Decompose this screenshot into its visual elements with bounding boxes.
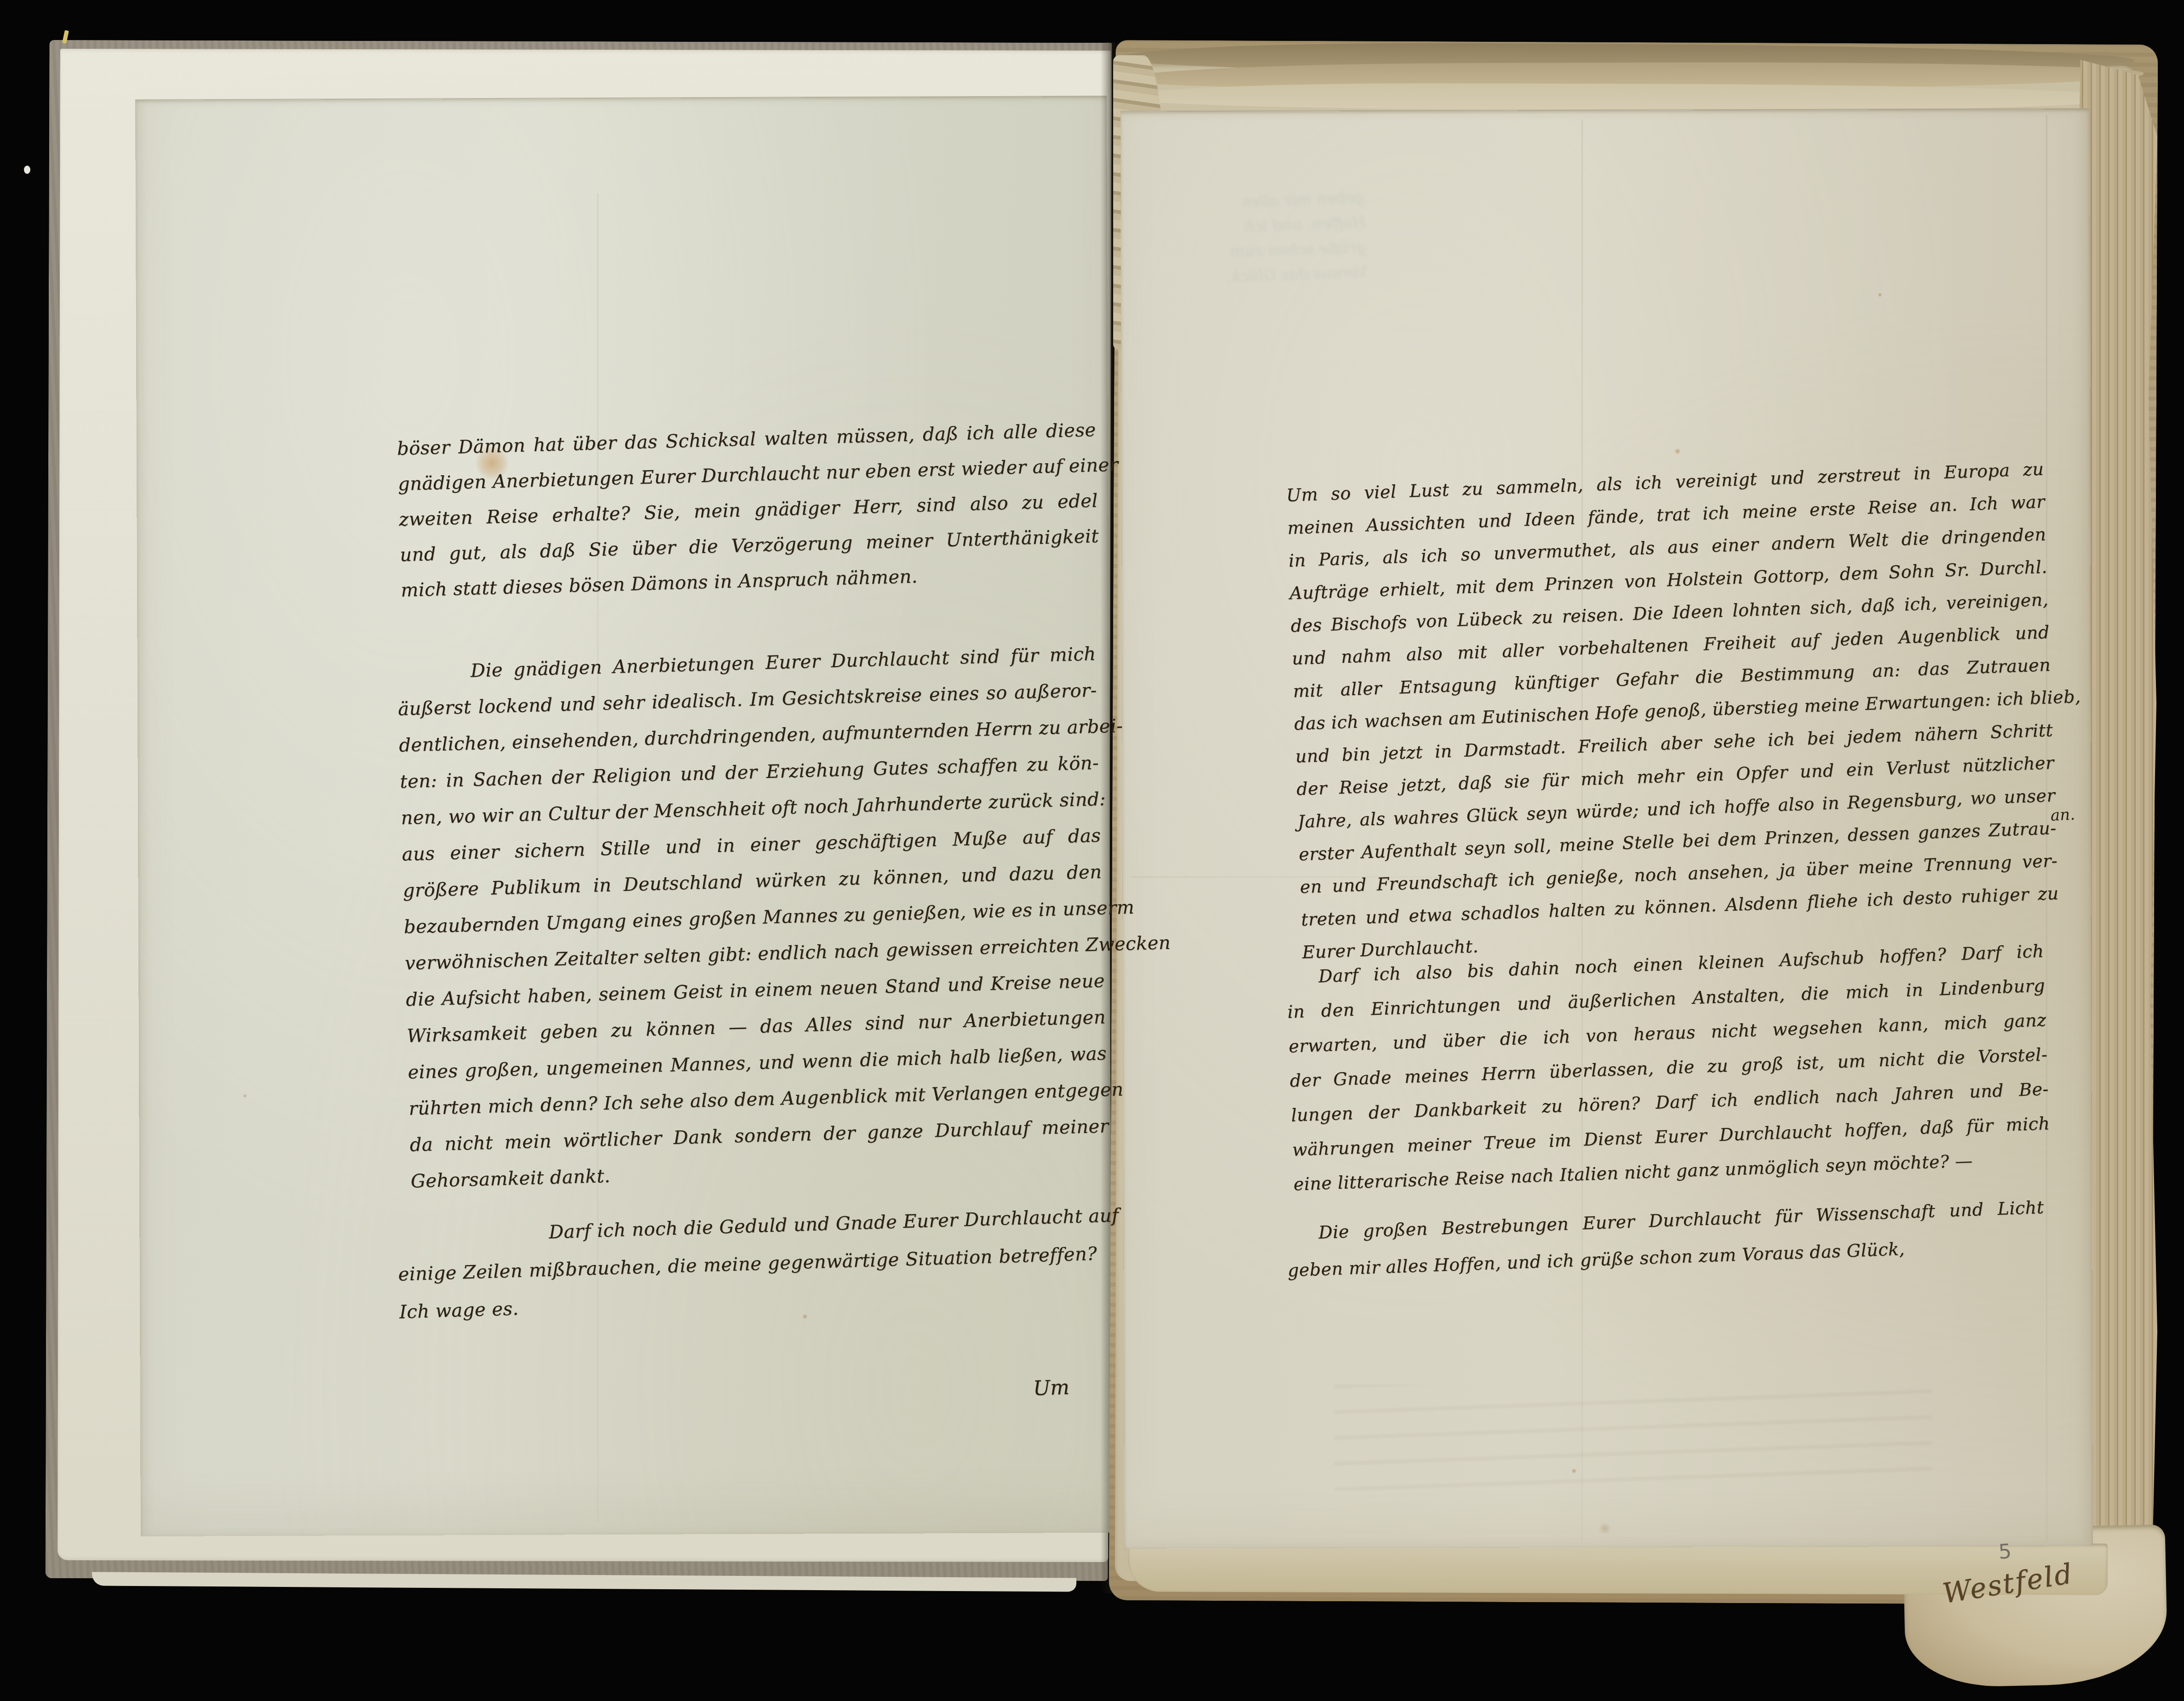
handwritten-paragraph: böser Dämon hat über das Schicksal walte… [397, 413, 1100, 609]
handwritten-paragraph: Darf ich noch die Geduld und Gnade Eurer… [397, 1197, 1099, 1331]
manuscript-photo: geben mir alles Hoffen, und ich grüße sc… [0, 0, 2184, 1701]
catchword: Um [1033, 1376, 1070, 1401]
handwritten-paragraph: Die gnädigen Anerbietungen Eurer Durchla… [397, 636, 1110, 1200]
show-through-ghost: geben mir alles Hoffen, und ich grüße sc… [1217, 185, 1368, 289]
folio-number-pencil: 5 [1998, 1540, 2012, 1564]
show-through-ghost [1334, 1385, 1932, 1490]
handwritten-paragraph: Darf ich also bis dahin noch einen klein… [1286, 934, 2052, 1201]
handwritten-paragraph: Um so viel Lust zu sammeln, als ich vere… [1286, 453, 2060, 969]
background-speck [24, 166, 30, 174]
margin-note: an. [2050, 805, 2075, 825]
foxing-spot [1878, 293, 1882, 297]
foxing-spot [243, 1094, 247, 1098]
foxing-spot [1597, 1523, 1613, 1534]
foxing-spot [1674, 448, 1681, 454]
